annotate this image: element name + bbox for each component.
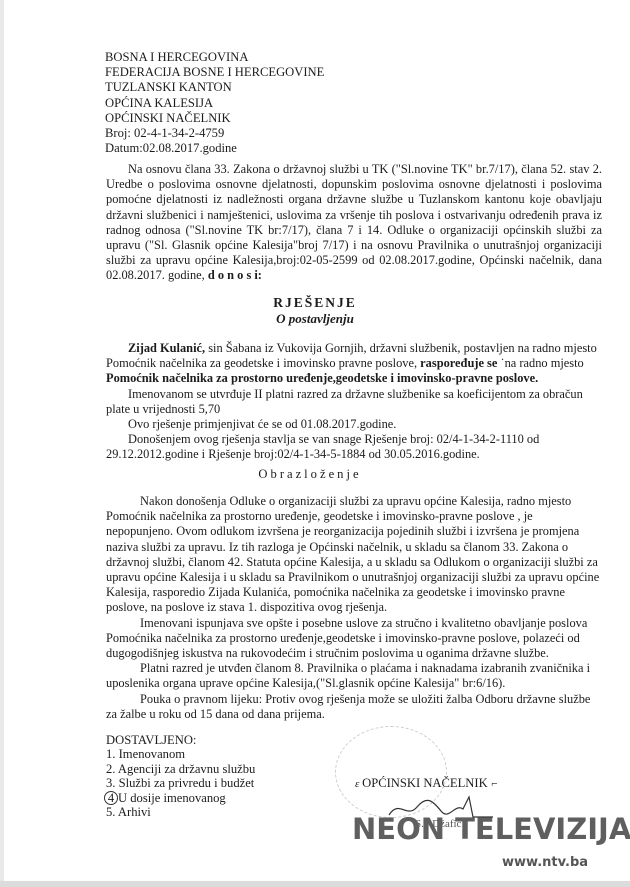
header-line-number: Broj: 02-4-1-34-2-4759 [105, 126, 324, 141]
delivery-item: 4U dosije imenovanog [106, 791, 255, 805]
reasoning-section: Nakon donošenja Odluke o organizaciji sl… [106, 494, 602, 722]
preamble-text: Na osnovu člana 33. Zakona o državnoj sl… [106, 162, 602, 282]
bottom-edge [0, 881, 630, 887]
header-line-date: Datum:02.08.2017.godine [105, 141, 324, 156]
header-line-federation: FEDERACIJA BOSNE I HERCEGOVINE [105, 65, 324, 80]
decision-revocation: Donošenjem ovog rješenja stavlja se van … [106, 432, 602, 462]
watermark-brand: NEON TELEVIZIJA [352, 812, 630, 846]
header-line-canton: TUZLANSKI KANTON [105, 80, 324, 95]
document-page: BOSNA I HERCEGOVINA FEDERACIJA BOSNE I H… [0, 0, 630, 887]
delivery-item: 2. Agenciji za državnu službu [106, 762, 255, 776]
watermark-url: www.ntv.ba [502, 855, 588, 870]
decision-position: Pomoćnik načelnika za prostorno uređenje… [106, 371, 538, 385]
document-title: RJEŠENJE [0, 295, 630, 311]
preamble-donosi: d o n o s i: [208, 268, 262, 282]
delivery-list: DOSTAVLJENO: 1. Imenovanom 2. Agenciji z… [106, 733, 255, 819]
preamble: Na osnovu člana 33. Zakona o državnoj sl… [106, 162, 602, 284]
delivery-item: 5. Arhivi [106, 805, 255, 819]
header-line-municipality: OPĆINA KALESIJA [105, 96, 324, 111]
decision-effective-date: Ovo rješenje primjenjivat će se od 01.08… [106, 417, 602, 432]
decision-section: Zijad Kulanić, sin Šabana iz Vukovija Go… [106, 341, 602, 463]
document-header: BOSNA I HERCEGOVINA FEDERACIJA BOSNE I H… [105, 50, 324, 156]
reasoning-p3: Platni razred je utvđen članom 8. Pravil… [106, 661, 602, 691]
decision-text-2: ˙na radno mjesto [497, 356, 583, 370]
header-line-mayor: OPĆINSKI NAČELNIK [105, 111, 324, 126]
flourish-mark: ⌐ [488, 778, 498, 790]
document-subtitle: O postavljenju [0, 311, 630, 327]
decision-assigned: raspoređuje se [420, 356, 497, 370]
delivery-item: 1. Imenovanom [106, 747, 255, 761]
delivery-item: 3. Službi za privredu i budžet [106, 776, 255, 790]
circled-number: 4 [104, 791, 118, 805]
decision-person-name: Zijad Kulanić, [128, 341, 205, 355]
legal-remedy: Pouka o pravnom lijeku: Protiv ovog rješ… [106, 692, 602, 722]
reasoning-p2: Imenovani ispunjava sve opšte i posebne … [106, 616, 602, 662]
reasoning-p1: Nakon donošenja Odluke o organizaciji sl… [106, 494, 602, 616]
decision-salary: Imenovanom se utvrđuje II platni razred … [106, 387, 602, 417]
delivery-heading: DOSTAVLJENO: [106, 733, 255, 747]
reasoning-title: Obrazloženje [0, 467, 620, 482]
header-line-country: BOSNA I HERCEGOVINA [105, 50, 324, 65]
signature-title: ε OPĆINSKI NAČELNIK ⌐ [355, 776, 498, 791]
